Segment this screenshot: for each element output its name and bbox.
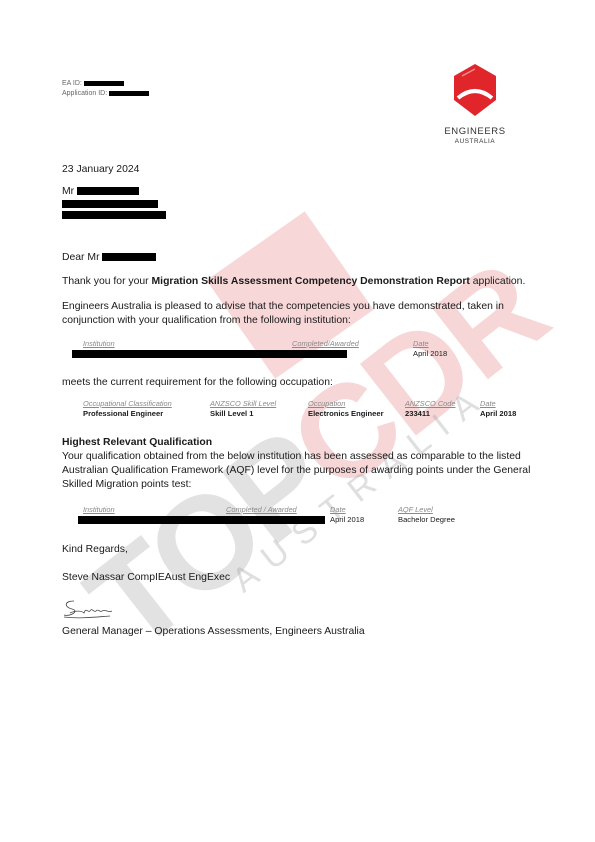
redacted-qualification-institution (78, 516, 325, 524)
qualification-date: April 2018 (330, 515, 364, 524)
institution-header: Institution (83, 339, 115, 348)
signatory-name: Steve Nassar CompIEAust EngExec (62, 571, 230, 585)
hexagon-logo-icon (450, 62, 500, 118)
qualification-institution-header: Institution (83, 505, 115, 514)
redacted-ea-id (84, 81, 124, 86)
occupation-date-value: April 2018 (480, 409, 516, 418)
intro-paragraph: Thank you for your Migration Skills Asse… (62, 275, 552, 289)
address-block (62, 200, 166, 219)
salutation: Dear Mr (62, 251, 156, 265)
occupation-date-header: Date (480, 399, 496, 408)
qualification-date-header: Date (330, 505, 346, 514)
aqf-level-header: AQF Level (398, 505, 433, 514)
redacted-name (77, 187, 139, 195)
addressee: Mr (62, 185, 139, 199)
qualification-completed-header: Completed / Awarded (226, 505, 297, 514)
institution-date: April 2018 (413, 349, 447, 358)
ea-id: EA ID: (62, 80, 124, 87)
hrq-paragraph: Your qualification obtained from the bel… (62, 450, 547, 492)
anzsco-code-value: 233411 (405, 409, 430, 418)
occupation-header: Occupation (308, 399, 345, 408)
hrq-heading: Highest Relevant Qualification (62, 436, 212, 450)
paragraph-2: meets the current requirement for the fo… (62, 376, 333, 390)
engineers-australia-logo: ENGINEERS AUSTRALIA (435, 62, 515, 145)
signatory-title: General Manager – Operations Assessments… (62, 625, 365, 639)
redacted-application-id (109, 91, 149, 96)
occupational-classification-value: Professional Engineer (83, 409, 163, 418)
paragraph-1: Engineers Australia is pleased to advise… (62, 300, 532, 328)
redacted-address-line-2 (62, 211, 166, 219)
redacted-institution (72, 350, 347, 358)
date-header: Date (413, 339, 429, 348)
occupational-classification-header: Occupational Classification (83, 399, 172, 408)
occupation-value: Electronics Engineer (308, 409, 384, 418)
anzsco-code-header: ANZSCO Code (405, 399, 456, 408)
aqf-level-value: Bachelor Degree (398, 515, 455, 524)
anzsco-skill-level-header: ANZSCO Skill Level (210, 399, 276, 408)
redacted-address-line-1 (62, 200, 158, 208)
anzsco-skill-level-value: Skill Level 1 (210, 409, 253, 418)
signature-icon (62, 597, 114, 621)
closing: Kind Regards, (62, 543, 128, 557)
letter-date: 23 January 2024 (62, 163, 139, 177)
application-id: Application ID: (62, 90, 149, 97)
redacted-salutation-name (102, 253, 156, 261)
completed-awarded-header: Completed/Awarded (292, 339, 359, 348)
